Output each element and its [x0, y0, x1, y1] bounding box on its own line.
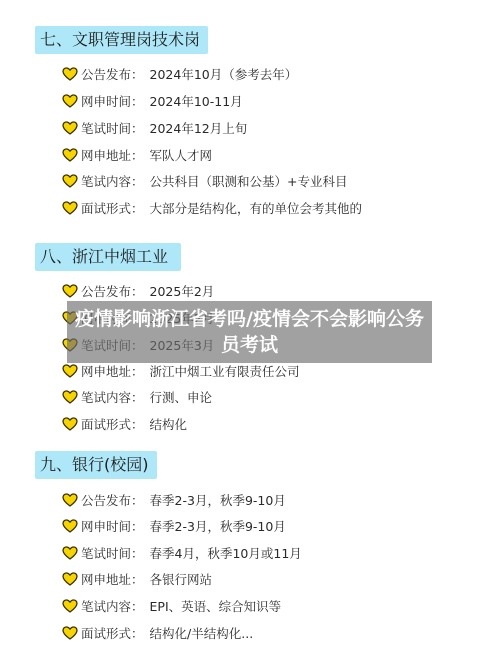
- heart-icon: [62, 572, 78, 586]
- item-label: 网申地址: [81, 362, 131, 380]
- item-separator: ：: [131, 282, 144, 300]
- item-label: 公告发布: [81, 65, 131, 83]
- section-title: 九、银行(校园): [35, 451, 157, 479]
- list-item-interview-format: 面试形式：大部分是结构化，有的单位会考其他的: [62, 198, 362, 218]
- list-item-interview-format: 面试形式：结构化/半结构化...: [62, 623, 253, 643]
- item-label: 笔试时间: [81, 119, 131, 137]
- item-value: 2025年2月: [150, 282, 215, 300]
- item-value: 春季2-3月，秋季9-10月: [150, 517, 286, 535]
- item-separator: ：: [131, 517, 144, 535]
- list-item-announcement: 公告发布：2024年10月（参考去年）: [62, 64, 297, 84]
- item-label: 网申地址: [81, 570, 131, 588]
- item-value: 春季4月，秋季10月或11月: [150, 544, 302, 562]
- item-value: 结构化/半结构化...: [150, 624, 254, 642]
- item-label: 面试形式: [81, 199, 131, 217]
- item-value: 2024年10-11月: [150, 92, 243, 110]
- list-item-announcement: 公告发布：春季2-3月，秋季9-10月: [62, 490, 286, 510]
- list-item-exam-time: 笔试时间：春季4月，秋季10月或11月: [62, 543, 302, 563]
- list-item-interview-format: 面试形式：结构化: [62, 414, 187, 434]
- item-value: 结构化: [150, 415, 188, 433]
- item-value: 2024年12月上旬: [150, 119, 248, 137]
- list-item-exam-time: 笔试时间：2024年12月上旬: [62, 118, 247, 138]
- heart-icon: [62, 67, 78, 81]
- heart-icon: [62, 284, 78, 298]
- item-separator: ：: [131, 146, 144, 164]
- heart-icon: [62, 546, 78, 560]
- list-item-application-time: 网申时间：春季2-3月，秋季9-10月: [62, 516, 286, 536]
- list-item-application-site: 网申地址：浙江中烟工业有限责任公司: [62, 361, 300, 381]
- heart-icon: [62, 121, 78, 135]
- list-item-application-site: 网申地址：军队人才网: [62, 145, 212, 165]
- heart-icon: [62, 493, 78, 507]
- item-value: 行测、申论: [150, 388, 213, 406]
- item-label: 笔试内容: [81, 172, 131, 190]
- heart-icon: [62, 626, 78, 640]
- item-label: 网申地址: [81, 146, 131, 164]
- heart-icon: [62, 201, 78, 215]
- item-value: 浙江中烟工业有限责任公司: [150, 362, 300, 380]
- list-item-application-time: 网申时间：2024年10-11月: [62, 91, 243, 111]
- item-label: 网申时间: [81, 517, 131, 535]
- section-title: 七、文职管理岗技术岗: [35, 26, 208, 54]
- overlay-title: 疫情影响浙江省考吗/疫情会不会影响公务员考试: [75, 308, 424, 356]
- item-value: 春季2-3月，秋季9-10月: [150, 491, 286, 509]
- item-value: 2024年10月（参考去年）: [150, 65, 298, 83]
- heart-icon: [62, 364, 78, 378]
- item-value: EPI、英语、综合知识等: [150, 597, 282, 615]
- item-label: 笔试内容: [81, 388, 131, 406]
- item-separator: ：: [131, 119, 144, 137]
- list-item-exam-content: 笔试内容：行测、申论: [62, 387, 212, 407]
- item-separator: ：: [131, 624, 144, 642]
- item-label: 网申时间: [81, 92, 131, 110]
- heart-icon: [62, 94, 78, 108]
- item-separator: ：: [131, 199, 144, 217]
- heart-icon: [62, 417, 78, 431]
- item-separator: ：: [131, 597, 144, 615]
- list-item-announcement: 公告发布：2025年2月: [62, 281, 214, 301]
- list-item-exam-content: 笔试内容：公共科目（职测和公基）+专业科目: [62, 171, 348, 191]
- item-separator: ：: [131, 544, 144, 562]
- item-label: 面试形式: [81, 415, 131, 433]
- item-label: 公告发布: [81, 282, 131, 300]
- item-label: 公告发布: [81, 491, 131, 509]
- item-value: 军队人才网: [150, 146, 213, 164]
- item-value: 各银行网站: [150, 570, 213, 588]
- section-title: 八、浙江中烟工业: [35, 243, 181, 271]
- item-label: 面试形式: [81, 624, 131, 642]
- heart-icon: [62, 519, 78, 533]
- list-item-application-site: 网申地址：各银行网站: [62, 569, 212, 589]
- item-separator: ：: [131, 172, 144, 190]
- heart-icon: [62, 390, 78, 404]
- heart-icon: [62, 599, 78, 613]
- item-value: 公共科目（职测和公基）+专业科目: [150, 172, 348, 190]
- title-overlay-banner: 疫情影响浙江省考吗/疫情会不会影响公务员考试: [67, 301, 432, 363]
- heart-icon: [62, 174, 78, 188]
- item-separator: ：: [131, 570, 144, 588]
- item-label: 笔试内容: [81, 597, 131, 615]
- item-separator: ：: [131, 388, 144, 406]
- item-separator: ：: [131, 415, 144, 433]
- list-item-exam-content: 笔试内容：EPI、英语、综合知识等: [62, 596, 281, 616]
- item-separator: ：: [131, 491, 144, 509]
- item-label: 笔试时间: [81, 544, 131, 562]
- item-value: 大部分是结构化，有的单位会考其他的: [150, 199, 363, 217]
- item-separator: ：: [131, 65, 144, 83]
- heart-icon: [62, 148, 78, 162]
- item-separator: ：: [131, 92, 144, 110]
- item-separator: ：: [131, 362, 144, 380]
